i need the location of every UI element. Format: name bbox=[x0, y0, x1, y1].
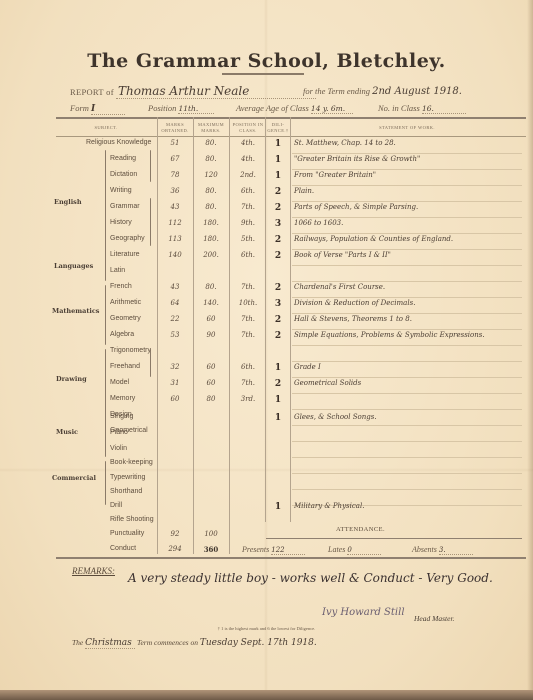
lates-label: Lates bbox=[328, 545, 345, 554]
absents-label: Absents bbox=[412, 545, 437, 554]
attendance-rule bbox=[266, 538, 522, 539]
remarks-label: REMARKS: bbox=[72, 566, 115, 576]
headmaster-title: Head Master. bbox=[414, 614, 454, 623]
subject-label: Rifle Shooting bbox=[110, 516, 154, 523]
marks-table-tail: Piano Violin Book-keeping Typewriting Sh… bbox=[56, 0, 526, 700]
subject-label: Typewriting bbox=[110, 474, 145, 481]
max-marks: 100 bbox=[194, 530, 228, 538]
subject-label: Book-keeping bbox=[110, 459, 153, 466]
table-bottom-rule bbox=[56, 557, 526, 559]
table-row: Piano bbox=[56, 429, 526, 445]
subject-label: Shorthand bbox=[110, 488, 142, 495]
presents-label: Presents bbox=[242, 545, 269, 554]
attendance-title: ATTENDANCE. bbox=[336, 526, 385, 533]
absents-value: 3. bbox=[439, 546, 473, 555]
lates: Lates 0 bbox=[328, 545, 381, 555]
presents-value: 122 bbox=[271, 546, 305, 555]
diligence: 1 bbox=[266, 502, 290, 512]
term-commences-line: The Christmas Term commences on Tuesday … bbox=[72, 638, 317, 649]
table-row: Book-keeping bbox=[56, 459, 526, 475]
subject-label: Violin bbox=[110, 445, 127, 452]
marks-obtained: 92 bbox=[158, 530, 192, 538]
next-term-name: Christmas bbox=[85, 638, 135, 649]
absents: Absents 3. bbox=[412, 545, 473, 555]
commences-label: Term commences on bbox=[137, 638, 198, 647]
commences-date: Tuesday Sept. 17th 1918. bbox=[200, 638, 317, 648]
statement: Military & Physical. bbox=[294, 502, 364, 510]
marks-obtained: 294 bbox=[158, 545, 192, 553]
subject-label: Piano bbox=[110, 429, 128, 436]
max-marks: 360 bbox=[194, 545, 228, 554]
paper-edge bbox=[527, 0, 533, 700]
subject-label: Punctuality bbox=[110, 530, 144, 537]
lates-value: 0 bbox=[347, 546, 381, 555]
remarks-text: A very steady little boy - works well & … bbox=[128, 571, 493, 585]
subject-label: Conduct bbox=[110, 545, 136, 552]
the-label: The bbox=[72, 638, 83, 647]
presents: Presents 122 bbox=[242, 545, 305, 555]
headmaster-signature: Ivy Howard Still bbox=[322, 607, 405, 618]
diligence-footnote: † 1 is the highest mark and 6 the lowest… bbox=[0, 626, 533, 631]
subject-label: Drill bbox=[110, 502, 122, 509]
